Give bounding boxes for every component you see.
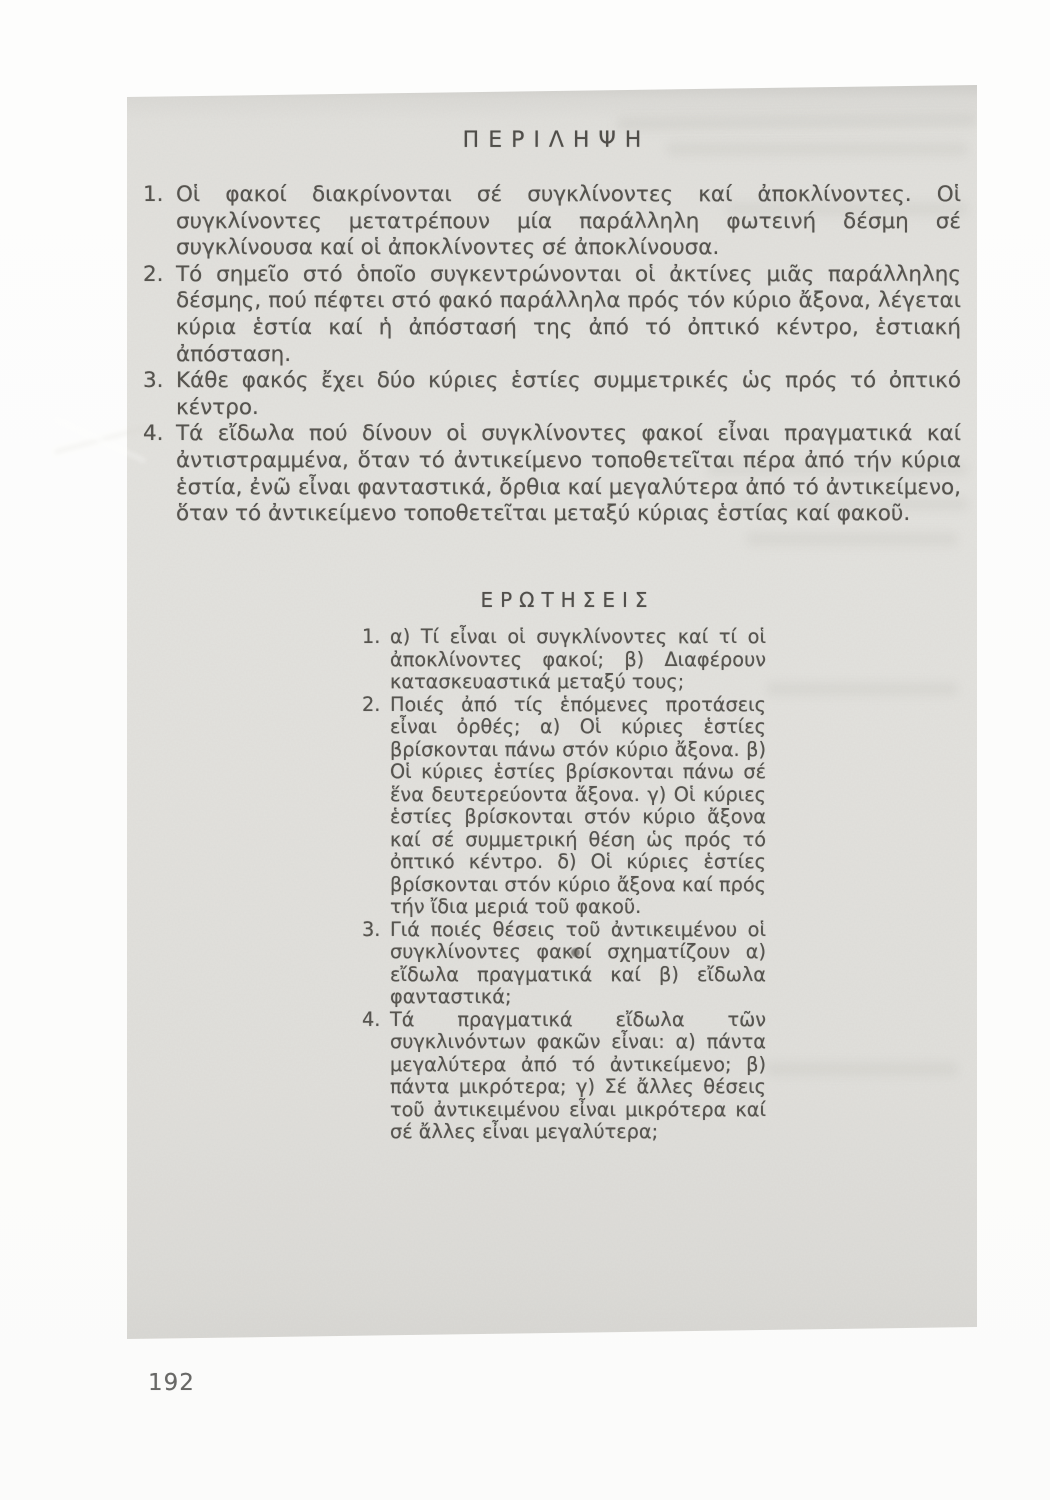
question-item: 3. Γιά ποιές θέσεις τοῦ ἀντικειμένου οἱ … — [362, 919, 766, 1009]
item-number: 4. — [362, 1009, 390, 1032]
question-item: 1. α) Τί εἶναι οἱ συγκλίνοντες καί τί οἱ… — [362, 626, 766, 694]
item-number: 1. — [143, 182, 176, 209]
item-text: Γιά ποιές θέσεις τοῦ ἀντικειμένου οἱ συγ… — [390, 919, 766, 1009]
item-number: 3. — [143, 368, 176, 395]
page-crease-mark — [55, 395, 145, 485]
item-number: 1. — [362, 626, 390, 649]
item-text: Κάθε φακός ἔχει δύο κύριες ἑστίες συμμετ… — [176, 368, 961, 421]
item-text: α) Τί εἶναι οἱ συγκλίνοντες καί τί οἱ ἀπ… — [390, 626, 766, 694]
scanned-book-page: ΠΕΡΙΛΗΨΗ 1. Οἱ φακοί διακρίνονται σέ συγ… — [0, 0, 1050, 1500]
item-text: Τό σημεῖο στό ὁποῖο συγκεντρώνονται οἱ ἀ… — [176, 262, 961, 368]
summary-item: 4. Τά εἴδωλα πού δίνουν οἱ συγκλίνοντες … — [143, 421, 961, 527]
summary-section: ΠΕΡΙΛΗΨΗ 1. Οἱ φακοί διακρίνονται σέ συγ… — [143, 128, 961, 528]
item-number: 3. — [362, 919, 390, 942]
item-text: Οἱ φακοί διακρίνονται σέ συγκλίνοντες κα… — [176, 182, 961, 262]
summary-heading: ΠΕΡΙΛΗΨΗ — [143, 128, 961, 154]
summary-item: 2. Τό σημεῖο στό ὁποῖο συγκεντρώνονται ο… — [143, 262, 961, 368]
questions-heading: ΕΡΩΤΗΣΕΙΣ — [362, 588, 766, 613]
page-number: 192 — [148, 1370, 195, 1396]
item-text: Τά πραγματικά εἴδωλα τῶν συγκλινόντων φα… — [390, 1009, 766, 1144]
bleedthrough-streak — [767, 683, 957, 695]
item-text: Ποιές ἀπό τίς ἑπόμενες προτάσεις εἶναι ὀ… — [390, 694, 766, 919]
question-item: 4. Τά πραγματικά εἴδωλα τῶν συγκλινόντων… — [362, 1009, 766, 1144]
bleedthrough-streak — [747, 533, 957, 545]
bleedthrough-streak — [767, 1063, 957, 1075]
summary-item: 1. Οἱ φακοί διακρίνονται σέ συγκλίνοντες… — [143, 182, 961, 262]
item-text: Τά εἴδωλα πού δίνουν οἱ συγκλίνοντες φακ… — [176, 421, 961, 527]
item-number: 4. — [143, 421, 176, 448]
questions-section: ΕΡΩΤΗΣΕΙΣ 1. α) Τί εἶναι οἱ συγκλίνοντες… — [362, 588, 766, 1144]
question-item: 2. Ποιές ἀπό τίς ἑπόμενες προτάσεις εἶνα… — [362, 694, 766, 919]
item-number: 2. — [143, 262, 176, 289]
summary-item: 3. Κάθε φακός ἔχει δύο κύριες ἑστίες συμ… — [143, 368, 961, 421]
item-number: 2. — [362, 694, 390, 717]
